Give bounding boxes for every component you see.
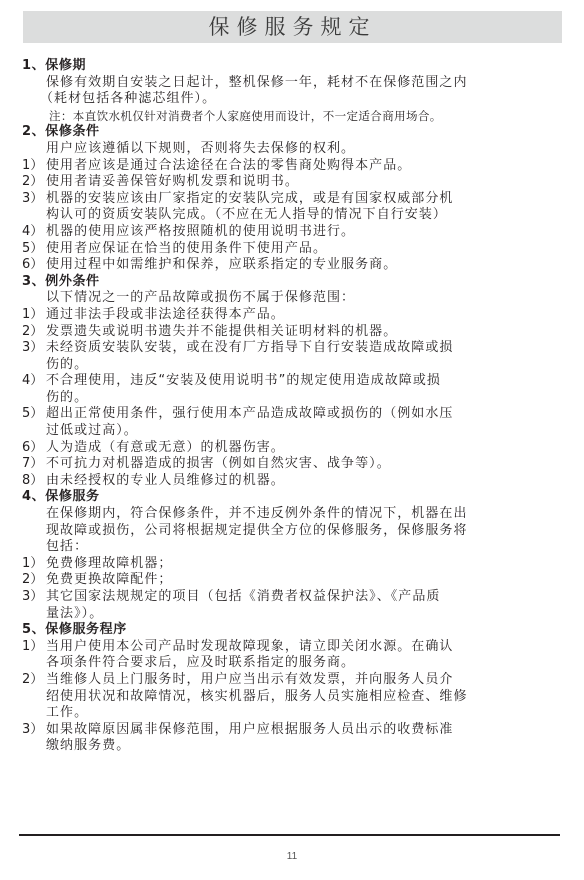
- list-item: 6）人为造成（有意或无意）的机器伤害。: [22, 440, 562, 457]
- list-item: 1）当用户使用本公司产品时发现故障现象，请立即关闭水源。在确认各项条件符合要求后…: [22, 639, 562, 672]
- item-number: 4）: [22, 373, 43, 390]
- item-number: 1）: [22, 158, 43, 175]
- item-text: 工作。: [46, 705, 562, 722]
- section-heading-exceptions: 3、例外条件: [22, 274, 562, 291]
- item-text: 当用户使用本公司产品时发现故障现象，请立即关闭水源。在确认: [46, 639, 562, 656]
- item-text: 不合理使用，违反“安装及使用说明书”的规定使用造成故障或损: [46, 373, 562, 390]
- section-intro: 用户应该遵循以下规则，否则将失去保修的权利。: [22, 141, 562, 158]
- item-number: 2）: [22, 324, 43, 341]
- paragraph-line: 现故障或损伤，公司将根据规定提供全方位的保修服务，保修服务将: [22, 523, 562, 540]
- list-item: 3）机器的安装应该由厂家指定的安装队完成，或是有国家权威部分机构认可的资质安装队…: [22, 191, 562, 224]
- item-number: 1）: [22, 639, 43, 656]
- item-number: 5）: [22, 241, 43, 258]
- item-text: 超出正常使用条件，强行使用本产品造成故障或损伤的（例如水压: [46, 406, 562, 423]
- item-number: 7）: [22, 456, 43, 473]
- item-text: 使用者请妥善保管好购机发票和说明书。: [46, 174, 562, 191]
- item-number: 6）: [22, 440, 43, 457]
- item-text: 未经资质安装队安装，或在没有厂方指导下自行安装造成故障或损: [46, 340, 562, 357]
- list-item: 3）其它国家法规规定的项目（包括《消费者权益保护法》、《产品质量法》）。: [22, 589, 562, 622]
- section-heading-warranty-service: 4、保修服务: [22, 489, 562, 506]
- list-item: 3）未经资质安装队安装，或在没有厂方指导下自行安装造成故障或损伤的。: [22, 340, 562, 373]
- item-text: 通过非法手段或非法途径获得本产品。: [46, 307, 562, 324]
- list-item: 4）不合理使用，违反“安装及使用说明书”的规定使用造成故障或损伤的。: [22, 373, 562, 406]
- item-number: 2）: [22, 672, 43, 689]
- item-text: 伤的。: [46, 390, 562, 407]
- item-text: 伤的。: [46, 357, 562, 374]
- item-text: 免费修理故障机器；: [46, 556, 562, 573]
- list-item: 3）如果故障原因属非保修范围，用户应根据服务人员出示的收费标准缴纳服务费。: [22, 722, 562, 755]
- item-text: 机器的使用应该严格按照随机的使用说明书进行。: [46, 224, 562, 241]
- item-text: 缴纳服务费。: [46, 738, 562, 755]
- item-number: 5）: [22, 406, 43, 423]
- note-text: 注：本直饮水机仅针对消费者个人家庭使用而设计，不一定适合商用场合。: [22, 108, 562, 125]
- list-item: 1）使用者应该是通过合法途径在合法的零售商处购得本产品。: [22, 158, 562, 175]
- item-text: 发票遗失或说明书遗失并不能提供相关证明材料的机器。: [46, 324, 562, 341]
- item-text: 如果故障原因属非保修范围，用户应根据服务人员出示的收费标准: [46, 722, 562, 739]
- list-item: 1）通过非法手段或非法途径获得本产品。: [22, 307, 562, 324]
- item-text: 免费更换故障配件；: [46, 572, 562, 589]
- item-text: 不可抗力对机器造成的损害（例如自然灾害、战争等）。: [46, 456, 562, 473]
- item-number: 3）: [22, 191, 43, 208]
- paragraph-line: 在保修期内，符合保修条件，并不违反例外条件的情况下，机器在出: [22, 506, 562, 523]
- list-item: 7）不可抗力对机器造成的损害（例如自然灾害、战争等）。: [22, 456, 562, 473]
- item-text: 人为造成（有意或无意）的机器伤害。: [46, 440, 562, 457]
- list-item: 8）由未经授权的专业人员维修过的机器。: [22, 473, 562, 490]
- item-number: 6）: [22, 257, 43, 274]
- item-text: 使用者应保证在恰当的使用条件下使用产品。: [46, 241, 562, 258]
- list-item: 6）使用过程中如需维护和保养，应联系指定的专业服务商。: [22, 257, 562, 274]
- item-text: 其它国家法规规定的项目（包括《消费者权益保护法》、《产品质: [46, 589, 562, 606]
- item-text: 机器的安装应该由厂家指定的安装队完成，或是有国家权威部分机: [46, 191, 562, 208]
- list-item: 4）机器的使用应该严格按照随机的使用说明书进行。: [22, 224, 562, 241]
- footer-divider: [19, 834, 560, 836]
- page-title: 保修服务规定: [209, 15, 377, 39]
- paragraph-line: （耗材包括各种滤芯组件）。: [22, 91, 562, 108]
- item-text: 使用者应该是通过合法途径在合法的零售商处购得本产品。: [46, 158, 562, 175]
- list-item: 2）当维修人员上门服务时，用户应当出示有效发票，并向服务人员介绍使用状况和故障情…: [22, 672, 562, 722]
- item-number: 1）: [22, 556, 43, 573]
- item-text: 量法》）。: [46, 606, 562, 623]
- item-text: 过低或过高）。: [46, 423, 562, 440]
- item-text: 绍使用状况和故障情况，核实机器后，服务人员实施相应检查、维修: [46, 689, 562, 706]
- item-text: 各项条件符合要求后，应及时联系指定的服务商。: [46, 655, 562, 672]
- section-heading-warranty-period: 1、保修期: [22, 58, 562, 75]
- item-text: 使用过程中如需维护和保养，应联系指定的专业服务商。: [46, 257, 562, 274]
- paragraph-line: 保修有效期自安装之日起计，整机保修一年，耗材不在保修范围之内: [22, 75, 562, 92]
- item-text: 当维修人员上门服务时，用户应当出示有效发票，并向服务人员介: [46, 672, 562, 689]
- page-number: 11: [0, 851, 584, 862]
- paragraph-line: 包括：: [22, 539, 562, 556]
- list-item: 2）使用者请妥善保管好购机发票和说明书。: [22, 174, 562, 191]
- item-number: 2）: [22, 572, 43, 589]
- item-number: 2）: [22, 174, 43, 191]
- page-title-bar: 保修服务规定: [23, 11, 562, 43]
- list-item: 5）超出正常使用条件，强行使用本产品造成故障或损伤的（例如水压过低或过高）。: [22, 406, 562, 439]
- section-intro: 以下情况之一的产品故障或损伤不属于保修范围：: [22, 290, 562, 307]
- item-text: 构认可的资质安装队完成。（不应在无人指导的情况下自行安装）: [46, 207, 562, 224]
- warranty-content: 1、保修期 保修有效期自安装之日起计，整机保修一年，耗材不在保修范围之内 （耗材…: [22, 58, 562, 755]
- list-item: 2）发票遗失或说明书遗失并不能提供相关证明材料的机器。: [22, 324, 562, 341]
- item-number: 3）: [22, 340, 43, 357]
- list-item: 1）免费修理故障机器；: [22, 556, 562, 573]
- item-number: 1）: [22, 307, 43, 324]
- item-number: 4）: [22, 224, 43, 241]
- item-number: 3）: [22, 722, 43, 739]
- section-heading-warranty-conditions: 2、保修条件: [22, 124, 562, 141]
- item-number: 8）: [22, 473, 43, 490]
- list-item: 5）使用者应保证在恰当的使用条件下使用产品。: [22, 241, 562, 258]
- item-number: 3）: [22, 589, 43, 606]
- item-text: 由未经授权的专业人员维修过的机器。: [46, 473, 562, 490]
- section-heading-service-procedure: 5、保修服务程序: [22, 622, 562, 639]
- list-item: 2）免费更换故障配件；: [22, 572, 562, 589]
